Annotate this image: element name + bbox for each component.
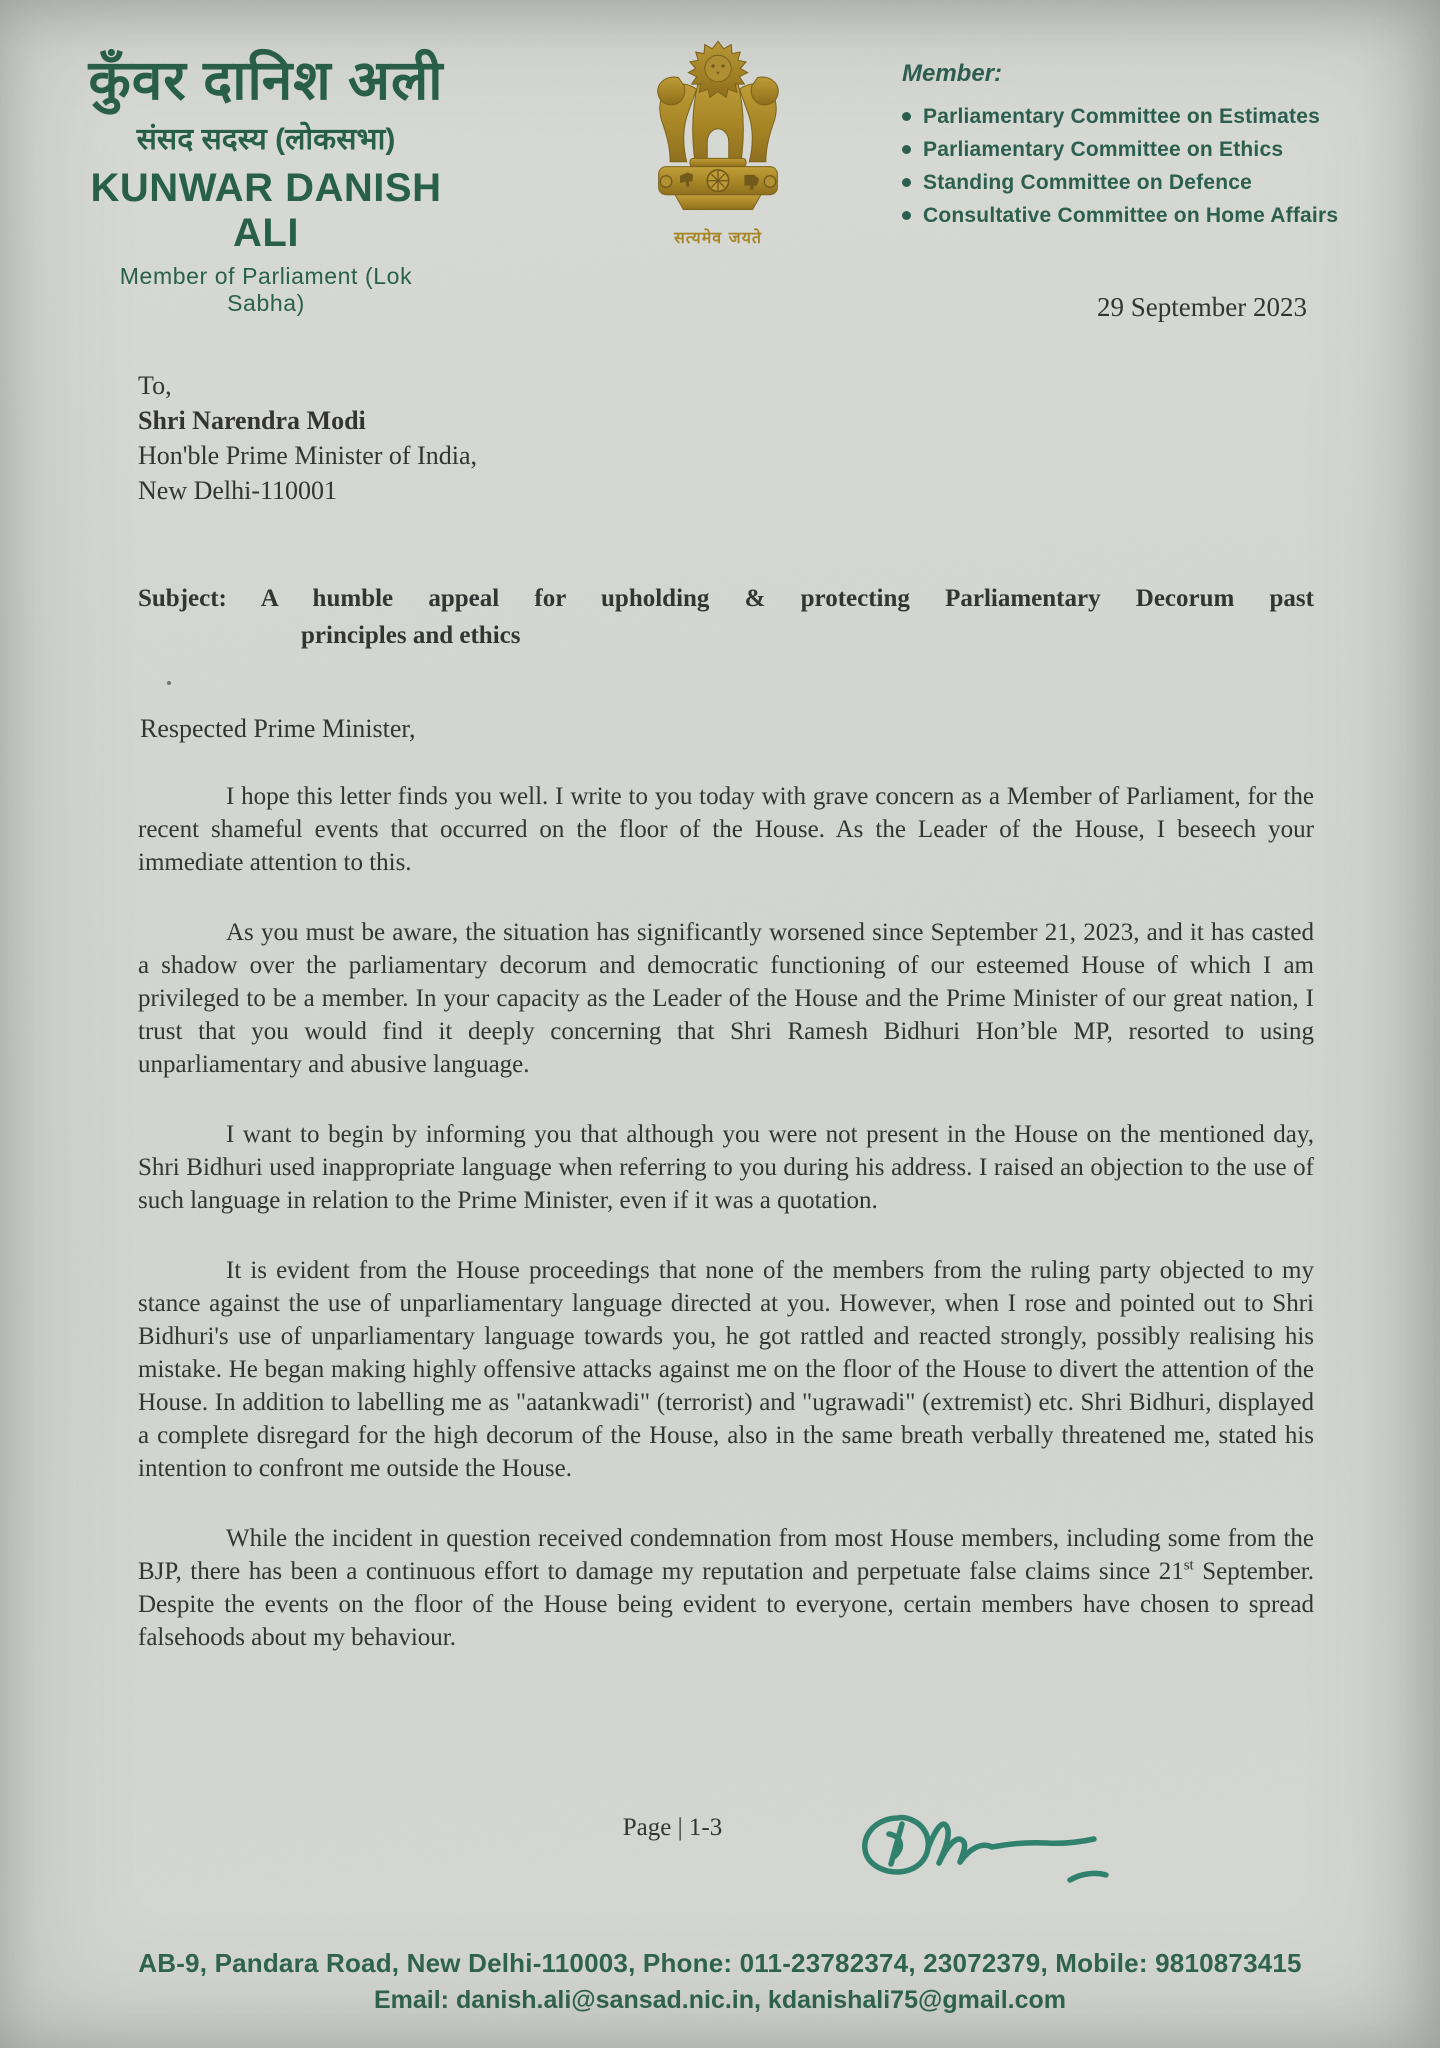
recipient-title: Hon'ble Prime Minister of India, <box>138 438 477 473</box>
subject-line: Subject: A humble appeal for upholding &… <box>138 580 1314 654</box>
paragraph-5-text: While the incident in question received … <box>138 1525 1314 1585</box>
footer-email: Email: danish.ali@sansad.nic.in, kdanish… <box>0 1986 1440 2015</box>
letter-date: 29 September 2023 <box>1097 292 1307 323</box>
paragraph-4: It is evident from the House proceedings… <box>138 1254 1314 1485</box>
list-item: Parliamentary Committee on Estimates <box>902 100 1352 133</box>
scanned-letter-page: कुँवर दानिश अली संसद सदस्य (लोकसभा) KUNW… <box>0 0 1440 2048</box>
subject-line-1: Subject: A humble appeal for upholding &… <box>138 580 1314 617</box>
scan-dot-artifact <box>167 681 171 685</box>
recipient-address: To, Shri Narendra Modi Hon'ble Prime Min… <box>138 368 477 508</box>
national-emblem: सत्यमेव जयते <box>650 26 786 248</box>
india-national-emblem-icon <box>652 26 784 224</box>
letter-body: I hope this letter finds you well. I wri… <box>138 780 1314 1691</box>
paragraph-2: As you must be aware, the situation has … <box>138 916 1314 1081</box>
address-to: To, <box>138 368 477 403</box>
ordinal-superscript: st <box>1184 1558 1194 1574</box>
page-number: Page | 1-3 <box>0 1814 1345 1842</box>
sender-designation-hindi: संसद सदस्य (लोकसभा) <box>78 117 454 158</box>
bullet-icon <box>902 112 911 121</box>
list-item: Consultative Committee on Home Affairs <box>902 199 1352 232</box>
sender-designation-english: Member of Parliament (Lok Sabha) <box>78 263 454 317</box>
bullet-icon <box>902 145 911 154</box>
subject-line-2: principles and ethics <box>301 617 1314 654</box>
paragraph-5: While the incident in question received … <box>138 1522 1314 1654</box>
committee-label: Parliamentary Committee on Ethics <box>923 133 1283 166</box>
signature-scribble <box>842 1792 1142 1912</box>
bullet-icon <box>902 211 911 220</box>
list-item: Parliamentary Committee on Ethics <box>902 133 1352 166</box>
bullet-icon <box>902 178 911 187</box>
recipient-city: New Delhi-110001 <box>138 473 477 508</box>
committee-label: Consultative Committee on Home Affairs <box>923 199 1338 232</box>
committee-label: Standing Committee on Defence <box>923 166 1252 199</box>
list-item: Standing Committee on Defence <box>902 166 1352 199</box>
committee-label: Parliamentary Committee on Estimates <box>923 100 1320 133</box>
sender-name-english: KUNWAR DANISH ALI <box>78 166 454 256</box>
committee-memberships: Member: Parliamentary Committee on Estim… <box>902 60 1352 232</box>
member-heading: Member: <box>902 60 1352 88</box>
paragraph-1: I hope this letter finds you well. I wri… <box>138 780 1314 879</box>
footer-address-phone: AB-9, Pandara Road, New Delhi-110003, Ph… <box>0 1948 1440 1979</box>
sender-name-hindi: कुँवर दानिश अली <box>78 50 454 111</box>
footer-contact: AB-9, Pandara Road, New Delhi-110003, Ph… <box>0 1948 1440 2015</box>
greeting: Respected Prime Minister, <box>140 714 416 744</box>
emblem-motto: सत्यमेव जयते <box>650 226 786 248</box>
recipient-name: Shri Narendra Modi <box>138 403 477 438</box>
letterhead: कुँवर दानिश अली संसद सदस्य (लोकसभा) KUNW… <box>78 50 454 317</box>
paragraph-3: I want to begin by informing you that al… <box>138 1118 1314 1217</box>
